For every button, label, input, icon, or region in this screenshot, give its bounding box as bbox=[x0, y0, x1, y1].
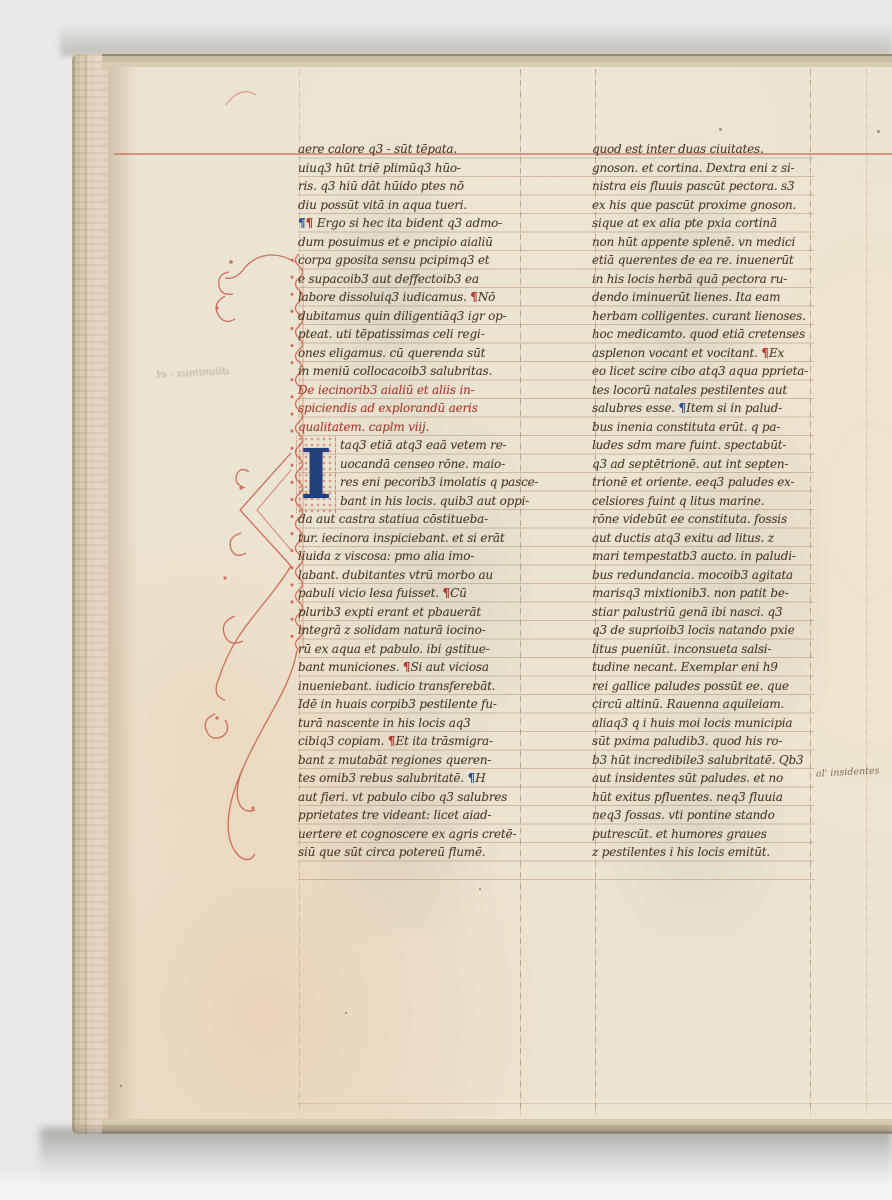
text-line: cibiq3 copiam. ¶Et ita trāsmigra- bbox=[298, 732, 530, 751]
text-segment: ex his que pascūt proxime gnoson. bbox=[592, 198, 796, 212]
paraph-mark: ¶ bbox=[470, 290, 478, 304]
text-segment: tur. iecinora inspiciebant. et si erāt bbox=[298, 531, 504, 545]
text-segment: Si aut viciosa bbox=[411, 660, 489, 674]
text-segment: De iecinorib3 aialiū et aliis in- bbox=[298, 383, 474, 397]
text-line: qualitatem. caplm viij. bbox=[298, 418, 530, 437]
text-segment: bant municiones. bbox=[298, 660, 403, 674]
text-line: putrescūt. et humores graues bbox=[592, 825, 824, 844]
vertical-rule-margin bbox=[866, 69, 867, 1115]
text-line: dendo iminuerūt lienes. Ita eam bbox=[592, 288, 824, 307]
text-line: ris. q3 hiū dāt hūido ptes nō bbox=[298, 177, 530, 196]
parchment-page: I aere calore q3 - sūt tēpata.uiuq3 hūt … bbox=[108, 67, 892, 1119]
text-segment: Et ita trāsmigra- bbox=[395, 734, 492, 748]
text-segment: taq3 etiā atq3 eaā vetem re- bbox=[340, 438, 506, 452]
text-line: salubres esse. ¶Item si in palud- bbox=[592, 399, 824, 418]
text-segment: pabuli vicio lesa fuisset. bbox=[298, 586, 443, 600]
text-line: z pestilentes i his locis emitūt. bbox=[592, 843, 824, 862]
text-line: tudine necant. Exemplar eni h9 bbox=[592, 658, 824, 677]
text-line: pteat. uti tēpatissimas celi regi- bbox=[298, 325, 530, 344]
paraph-mark: ¶ bbox=[761, 346, 769, 360]
text-line: q3 ad septētrionē. aut int septen- bbox=[592, 455, 824, 474]
text-line: labant. dubitantes vtrū morbo au bbox=[298, 566, 530, 585]
text-line: uocandā censeo rōne. maio- bbox=[298, 455, 530, 474]
text-segment: etiā querentes de ea re. inuenerūt bbox=[592, 253, 794, 267]
text-line: eo licet scire cibo atq3 aqua pprieta- bbox=[592, 362, 824, 381]
text-segment: asplenon vocant et vocitant. bbox=[592, 346, 761, 360]
text-segment: aliaq3 q i huis moi locis municipia bbox=[592, 716, 792, 730]
text-line: bant in his locis. quib3 aut oppi- bbox=[298, 492, 530, 511]
backdrop-floor bbox=[0, 1168, 892, 1200]
text-line: sique at ex alia pte pxia cortinā bbox=[592, 214, 824, 233]
text-line: aliaq3 q i huis moi locis municipia bbox=[592, 714, 824, 733]
text-segment: dendo iminuerūt lienes. Ita eam bbox=[592, 290, 780, 304]
text-segment: q3 de suprioib3 locis natando pxie bbox=[592, 623, 795, 637]
text-line: litus pueniūt. inconsueta salsi- bbox=[592, 640, 824, 659]
text-line: ¶¶ Ergo si hec ita bident q3 admo- bbox=[298, 214, 530, 233]
text-line: bus inenia constituta erūt. q pa- bbox=[592, 418, 824, 437]
text-segment: tes omib3 rebus salubritatē. bbox=[298, 771, 468, 785]
text-segment: inueniebant. iudicio transferebāt. bbox=[298, 679, 495, 693]
text-line: herbam colligentes. curant lienoses. bbox=[592, 307, 824, 326]
text-segment: in his locis herbā quā pectora ru- bbox=[592, 272, 787, 286]
text-segment: integrā z solidam naturā iocino- bbox=[298, 623, 485, 637]
text-segment: tes locorū natales pestilentes aut bbox=[592, 383, 787, 397]
text-segment: uiuq3 hūt triē plimūq3 hūo- bbox=[298, 161, 461, 175]
marginal-note: al' insidentes bbox=[816, 765, 880, 779]
text-segment: hoc medicamto. quod etiā cretenses bbox=[592, 327, 805, 341]
text-segment: liuida z viscosa: pmo alia imo- bbox=[298, 549, 474, 563]
text-line: De iecinorib3 aialiū et aliis in- bbox=[298, 381, 530, 400]
text-segment: e supacoib3 aut deffectoib3 ea bbox=[298, 272, 479, 286]
text-line: in meniū collocacoib3 salubritas. bbox=[298, 362, 530, 381]
text-segment: labore dissoluiq3 iudicamus. bbox=[298, 290, 470, 304]
text-line: dum posuimus et e pncipio aialiū bbox=[298, 233, 530, 252]
text-segment: Ergo si hec ita bident q3 admo- bbox=[313, 216, 502, 230]
text-segment: H bbox=[475, 771, 485, 785]
text-line: in his locis herbā quā pectora ru- bbox=[592, 270, 824, 289]
text-line: diu possūt vitā in aqua tueri. bbox=[298, 196, 530, 215]
text-segment: dubitamus quin diligentiāq3 igr op- bbox=[298, 309, 506, 323]
text-line: ex his que pascūt proxime gnoson. bbox=[592, 196, 824, 215]
text-line: ones eligamus. cū querenda sūt bbox=[298, 344, 530, 363]
text-segment: herbam colligentes. curant lienoses. bbox=[592, 309, 806, 323]
text-segment: marisq3 mixtionib3. non patit be- bbox=[592, 586, 789, 600]
text-segment: dum posuimus et e pncipio aialiū bbox=[298, 235, 493, 249]
text-line: non hūt appente splenē. vn medici bbox=[592, 233, 824, 252]
book-left-edge bbox=[72, 54, 110, 1134]
text-segment: in meniū collocacoib3 salubritas. bbox=[298, 364, 492, 378]
text-segment: sūt pxima paludib3. quod his ro- bbox=[592, 734, 782, 748]
text-segment: bant z mutabāt regiones queren- bbox=[298, 753, 491, 767]
text-line: celsiores fuint q litus marine. bbox=[592, 492, 824, 511]
book-top-edge bbox=[102, 54, 892, 68]
text-segment: corpa gposita sensu pcipimq3 et bbox=[298, 253, 489, 267]
paraph-mark: ¶ bbox=[443, 586, 451, 600]
text-line: aut ductis atq3 exitu ad litus. z bbox=[592, 529, 824, 548]
text-segment: aut ductis atq3 exitu ad litus. z bbox=[592, 531, 774, 545]
text-line: rū ex aqua et pabulo. ibi gstitue- bbox=[298, 640, 530, 659]
text-segment: da aut castra statiua cōstitueba- bbox=[298, 512, 488, 526]
text-line: e supacoib3 aut deffectoib3 ea bbox=[298, 270, 530, 289]
text-line: asplenon vocant et vocitant. ¶Ex bbox=[592, 344, 824, 363]
text-segment: aut fieri. vt pabulo cibo q3 salubres bbox=[298, 790, 507, 804]
text-segment: bant in his locis. quib3 aut oppi- bbox=[340, 494, 529, 508]
text-segment: labant. dubitantes vtrū morbo au bbox=[298, 568, 493, 582]
manuscript-book: I aere calore q3 - sūt tēpata.uiuq3 hūt … bbox=[72, 54, 892, 1134]
text-segment: litus pueniūt. inconsueta salsi- bbox=[592, 642, 771, 656]
text-segment: Ex bbox=[769, 346, 784, 360]
penwork-flourish-top-icon bbox=[220, 69, 264, 109]
text-segment: ludes sdm mare fuint. spectabūt- bbox=[592, 438, 786, 452]
text-segment: qualitatem. caplm viij. bbox=[298, 420, 429, 434]
text-line: res eni pecorib3 imolatis q pasce- bbox=[298, 473, 530, 492]
text-line: aut insidentes sūt paludes. et no bbox=[592, 769, 824, 788]
text-line: trionē et oriente. eeq3 paludes ex- bbox=[592, 473, 824, 492]
text-segment: cibiq3 copiam. bbox=[298, 734, 388, 748]
text-segment: salubres esse. bbox=[592, 401, 679, 415]
penwork-flourish-icon bbox=[195, 248, 305, 868]
text-segment: circū altinū. Rauenna aquileiam. bbox=[592, 697, 784, 711]
text-line: stiar palustriū genā ibi nasci. q3 bbox=[592, 603, 824, 622]
text-line: uiuq3 hūt triē plimūq3 hūo- bbox=[298, 159, 530, 178]
text-line: Idē in huais corpib3 pestilente fu- bbox=[298, 695, 530, 714]
text-line: sūt pxima paludib3. quod his ro- bbox=[592, 732, 824, 751]
text-line: integrā z solidam naturā iocino- bbox=[298, 621, 530, 640]
text-line: rōne videbūt ee constituta. fossis bbox=[592, 510, 824, 529]
text-segment: uocandā censeo rōne. maio- bbox=[340, 457, 505, 471]
text-line: b3 hūt incredibile3 salubritatē. Qb3 bbox=[592, 751, 824, 770]
text-line: corpa gposita sensu pcipimq3 et bbox=[298, 251, 530, 270]
text-line: hoc medicamto. quod etiā cretenses bbox=[592, 325, 824, 344]
paraph-mark: ¶ bbox=[403, 660, 411, 674]
text-column-right: quod est inter duas ciuitates.gnoson. et… bbox=[592, 140, 824, 862]
text-line: circū altinū. Rauenna aquileiam. bbox=[592, 695, 824, 714]
text-line: mari tempestatb3 aucto. in paludi- bbox=[592, 547, 824, 566]
text-line: dubitamus quin diligentiāq3 igr op- bbox=[298, 307, 530, 326]
gutter-shade bbox=[108, 67, 138, 1119]
text-line: aere calore q3 - sūt tēpata. bbox=[298, 140, 530, 159]
text-segment: pprietates tre videant: licet aiad- bbox=[298, 808, 491, 822]
text-segment: bus redundancia. mocoib3 agitata bbox=[592, 568, 793, 582]
text-segment: mari tempestatb3 aucto. in paludi- bbox=[592, 549, 796, 563]
text-segment: spiciendis ad explorandū aeris bbox=[298, 401, 478, 415]
text-segment: non hūt appente splenē. vn medici bbox=[592, 235, 795, 249]
pricking-hole bbox=[719, 128, 722, 131]
text-segment: rei gallice paludes possūt ee. que bbox=[592, 679, 789, 693]
text-segment: q3 ad septētrionē. aut int septen- bbox=[592, 457, 788, 471]
text-segment: celsiores fuint q litus marine. bbox=[592, 494, 764, 508]
text-line: gnoson. et cortina. Dextra eni z si- bbox=[592, 159, 824, 178]
text-segment: res eni pecorib3 imolatis q pasce- bbox=[340, 475, 538, 489]
text-line: uertere et cognoscere ex agris cretē- bbox=[298, 825, 530, 844]
text-segment: putrescūt. et humores graues bbox=[592, 827, 767, 841]
text-segment: uertere et cognoscere ex agris cretē- bbox=[298, 827, 516, 841]
text-line: da aut castra statiua cōstitueba- bbox=[298, 510, 530, 529]
text-line: siū que sūt circa potereū flumē. bbox=[298, 843, 530, 862]
text-line: rei gallice paludes possūt ee. que bbox=[592, 677, 824, 696]
text-segment: z pestilentes i his locis emitūt. bbox=[592, 845, 770, 859]
text-line: q3 de suprioib3 locis natando pxie bbox=[592, 621, 824, 640]
text-line: bant municiones. ¶Si aut viciosa bbox=[298, 658, 530, 677]
text-segment: pteat. uti tēpatissimas celi regi- bbox=[298, 327, 484, 341]
text-line: plurib3 expti erant et pbauerāt bbox=[298, 603, 530, 622]
text-segment: hūt exitus pfluentes. neq3 fluuia bbox=[592, 790, 783, 804]
text-line: ludes sdm mare fuint. spectabūt- bbox=[592, 436, 824, 455]
text-line: labore dissoluiq3 iudicamus. ¶Nō bbox=[298, 288, 530, 307]
text-line: nistra eis fluuis pascūt pectora. s3 bbox=[592, 177, 824, 196]
book-top-shadow bbox=[60, 22, 892, 56]
text-line: taq3 etiā atq3 eaā vetem re- bbox=[298, 436, 530, 455]
pricking-hole bbox=[877, 130, 880, 133]
ink-speck bbox=[479, 888, 481, 890]
text-line: etiā querentes de ea re. inuenerūt bbox=[592, 251, 824, 270]
text-segment: b3 hūt incredibile3 salubritatē. Qb3 bbox=[592, 753, 803, 767]
text-line: pabuli vicio lesa fuisset. ¶Cū bbox=[298, 584, 530, 603]
text-segment: turā nascente in his locis aq3 bbox=[298, 716, 471, 730]
text-line: bant z mutabāt regiones queren- bbox=[298, 751, 530, 770]
text-segment: quod est inter duas ciuitates. bbox=[592, 142, 764, 156]
text-segment: diu possūt vitā in aqua tueri. bbox=[298, 198, 467, 212]
text-segment: sique at ex alia pte pxia cortinā bbox=[592, 216, 777, 230]
text-line: bus redundancia. mocoib3 agitata bbox=[592, 566, 824, 585]
text-segment: nistra eis fluuis pascūt pectora. s3 bbox=[592, 179, 794, 193]
text-line: aut fieri. vt pabulo cibo q3 salubres bbox=[298, 788, 530, 807]
text-segment: Nō bbox=[478, 290, 495, 304]
paraph-mark: ¶ bbox=[298, 216, 306, 230]
text-segment: gnoson. et cortina. Dextra eni z si- bbox=[592, 161, 794, 175]
text-line: pprietates tre videant: licet aiad- bbox=[298, 806, 530, 825]
text-segment: Cū bbox=[450, 586, 467, 600]
text-segment: plurib3 expti erant et pbauerāt bbox=[298, 605, 481, 619]
text-line: marisq3 mixtionib3. non patit be- bbox=[592, 584, 824, 603]
text-column-left: aere calore q3 - sūt tēpata.uiuq3 hūt tr… bbox=[298, 140, 530, 862]
text-line: hūt exitus pfluentes. neq3 fluuia bbox=[592, 788, 824, 807]
text-segment: aere calore q3 - sūt tēpata. bbox=[298, 142, 457, 156]
text-line: turā nascente in his locis aq3 bbox=[298, 714, 530, 733]
text-segment: aut insidentes sūt paludes. et no bbox=[592, 771, 783, 785]
text-segment: siū que sūt circa potereū flumē. bbox=[298, 845, 486, 859]
text-segment: tudine necant. Exemplar eni h9 bbox=[592, 660, 778, 674]
text-segment: bus inenia constituta erūt. q pa- bbox=[592, 420, 780, 434]
photo-background: I aere calore q3 - sūt tēpata.uiuq3 hūt … bbox=[0, 0, 892, 1200]
text-segment: stiar palustriū genā ibi nasci. q3 bbox=[592, 605, 782, 619]
text-line: inueniebant. iudicio transferebāt. bbox=[298, 677, 530, 696]
text-segment: eo licet scire cibo atq3 aqua pprieta- bbox=[592, 364, 808, 378]
text-segment: rōne videbūt ee constituta. fossis bbox=[592, 512, 787, 526]
text-segment: ones eligamus. cū querenda sūt bbox=[298, 346, 485, 360]
text-segment: neq3 fossas. vti pontine stando bbox=[592, 808, 775, 822]
text-line: tes omib3 rebus salubritatē. ¶H bbox=[298, 769, 530, 788]
text-segment: trionē et oriente. eeq3 paludes ex- bbox=[592, 475, 794, 489]
text-line: quod est inter duas ciuitates. bbox=[592, 140, 824, 159]
text-line: tur. iecinora inspiciebant. et si erāt bbox=[298, 529, 530, 548]
text-segment: ris. q3 hiū dāt hūido ptes nō bbox=[298, 179, 464, 193]
text-segment: rū ex aqua et pabulo. ibi gstitue- bbox=[298, 642, 490, 656]
text-line: liuida z viscosa: pmo alia imo- bbox=[298, 547, 530, 566]
text-line: spiciendis ad explorandū aeris bbox=[298, 399, 530, 418]
ink-speck bbox=[345, 1012, 347, 1014]
bottom-margin-rule bbox=[298, 1103, 892, 1104]
ink-speck bbox=[120, 1085, 122, 1087]
text-segment: Item si in palud- bbox=[686, 401, 782, 415]
text-line: tes locorū natales pestilentes aut bbox=[592, 381, 824, 400]
text-line: neq3 fossas. vti pontine stando bbox=[592, 806, 824, 825]
text-segment: Idē in huais corpib3 pestilente fu- bbox=[298, 697, 497, 711]
